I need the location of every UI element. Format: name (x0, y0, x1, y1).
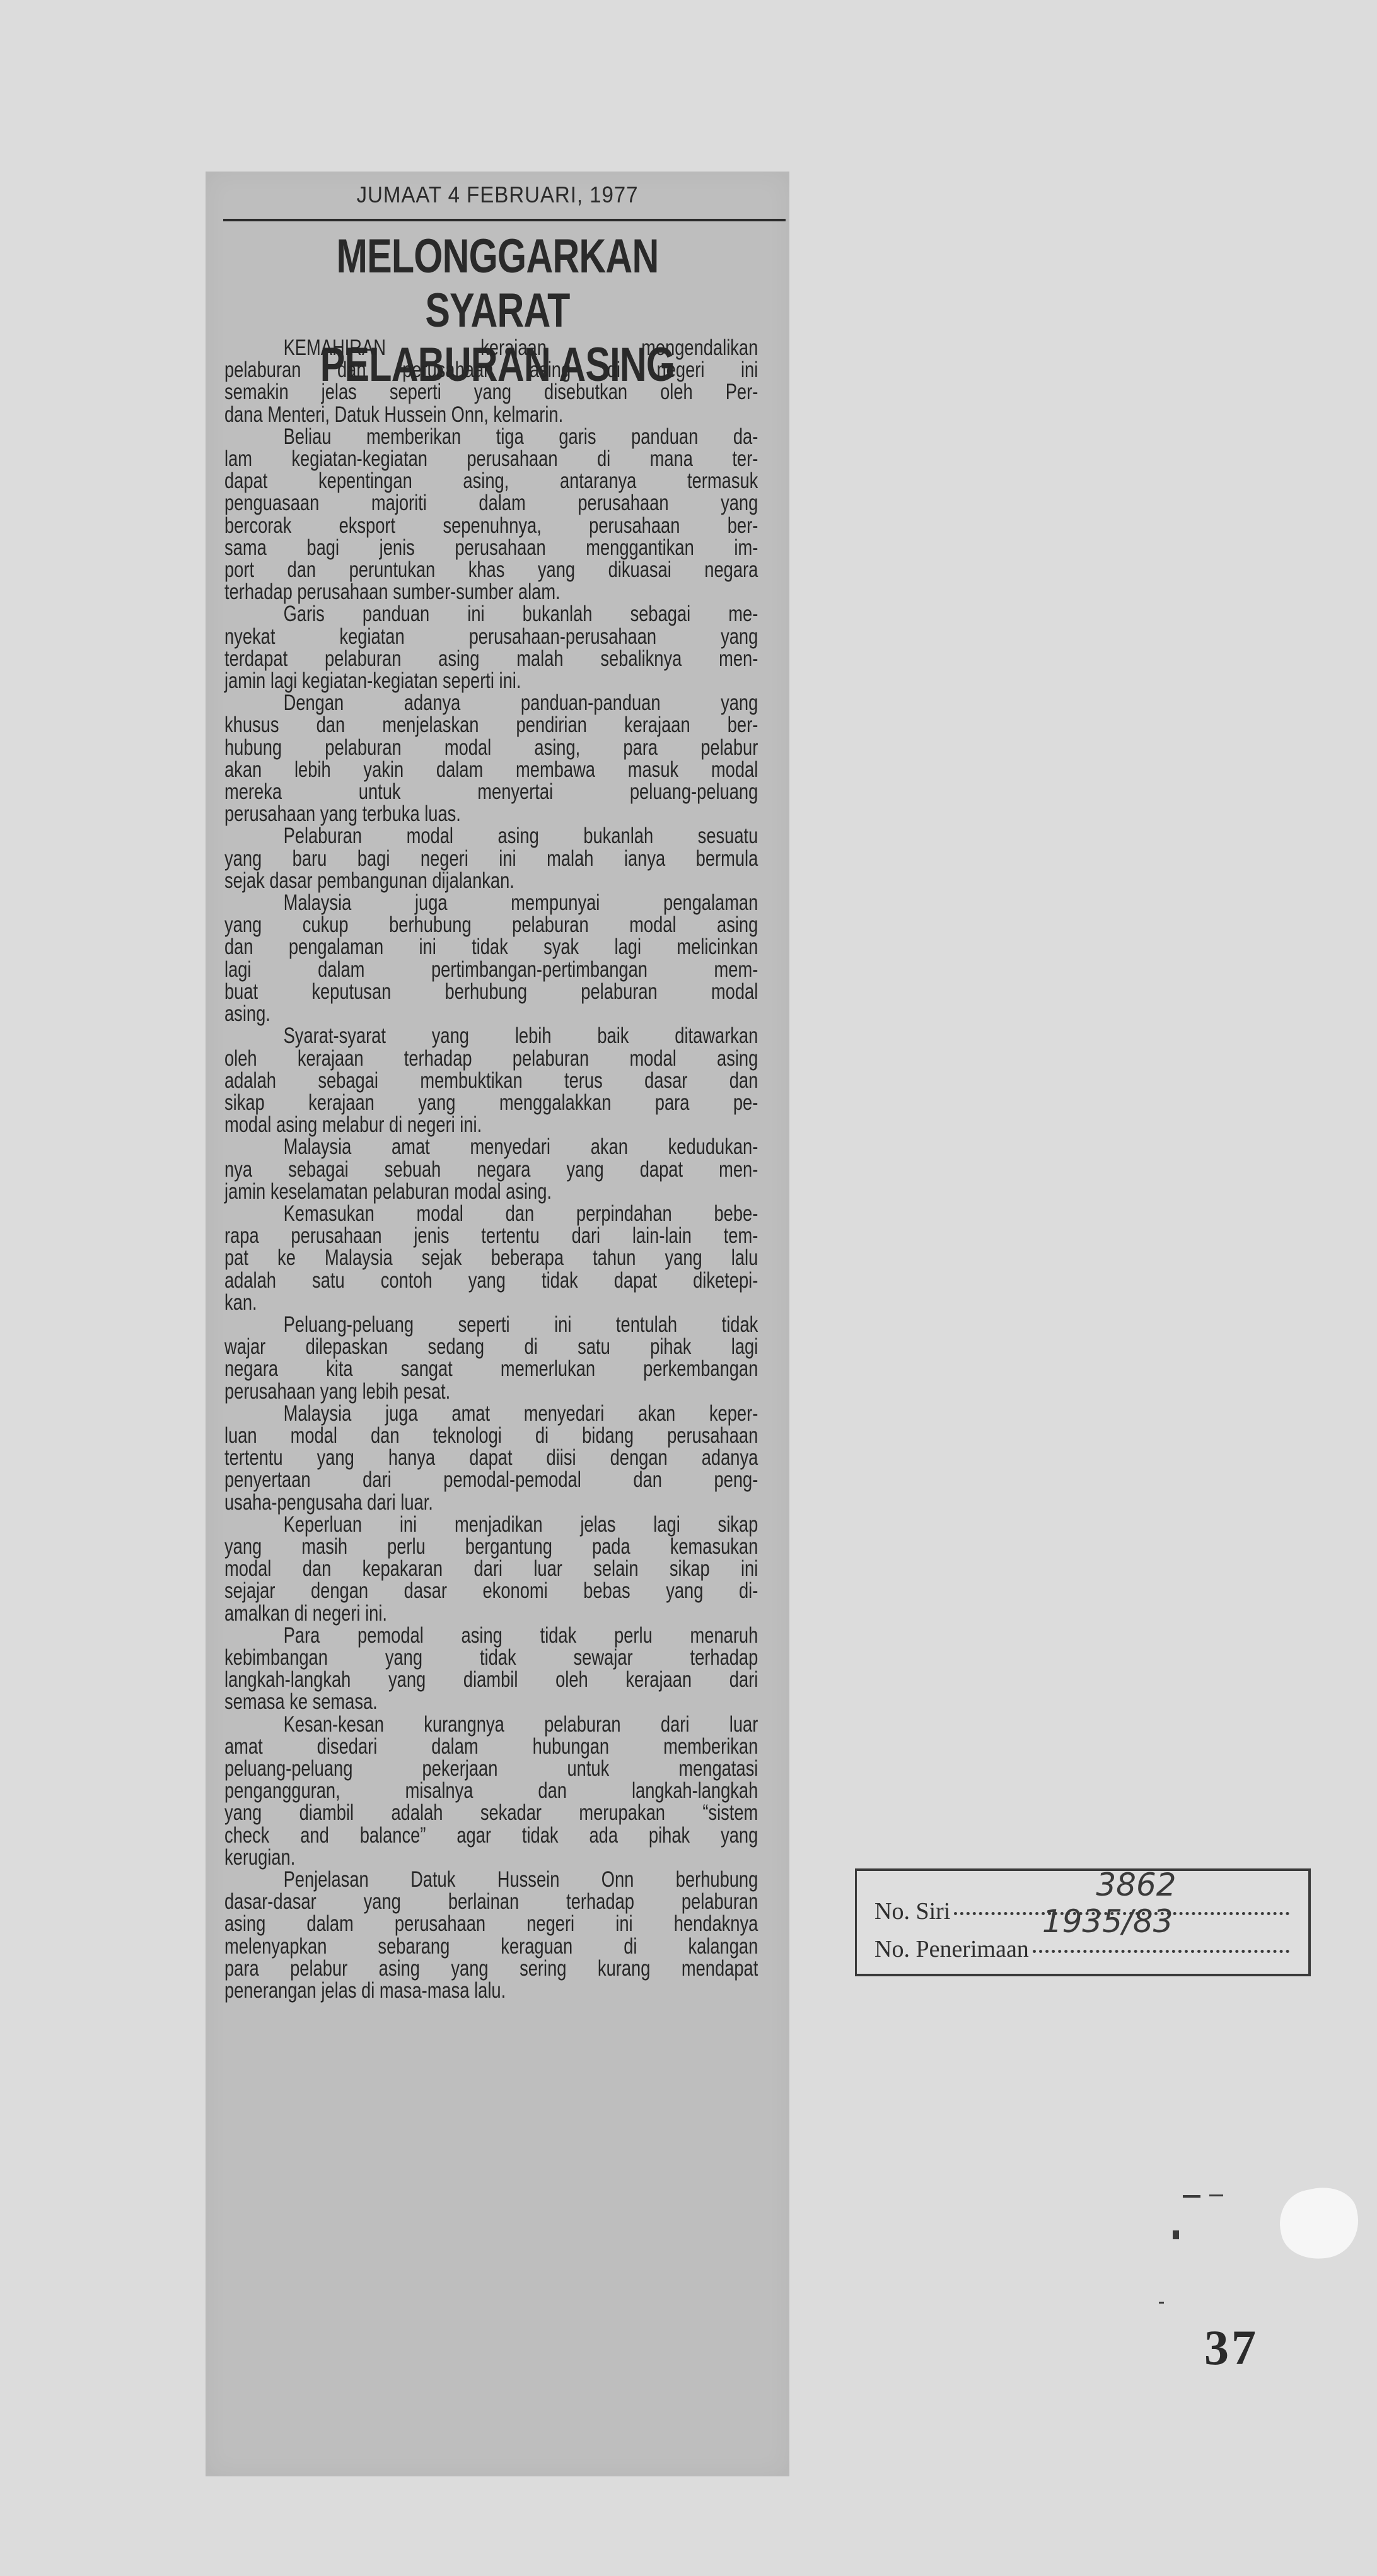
article-line: KEMAHIRAN kerajaan mengendalikan (224, 337, 758, 359)
article-line: para pelabur asing yang sering kurang me… (224, 1957, 758, 1979)
article-line: lagi dalam pertimbangan-pertimbangan mem… (224, 959, 758, 981)
article-paragraph: Dengan adanya panduan-panduan yangkhusus… (224, 692, 758, 825)
article-line: adalah sebagai membuktikan terus dasar d… (224, 1069, 758, 1092)
article-line: rapa perusahaan jenis tertentu dari lain… (224, 1225, 758, 1247)
article-line: asing dalam perusahaan negeri ini hendak… (224, 1913, 758, 1935)
article-line: dana Menteri, Datuk Hussein Onn, kelmari… (224, 404, 758, 426)
article-line: penguasaan majoriti dalam perusahaan yan… (224, 492, 758, 514)
article-line: nyekat kegiatan perusahaan-perusahaan ya… (224, 626, 758, 648)
receipt-number-value: 1935/83 (1042, 1903, 1173, 1940)
headline-line-1: MELONGGARKAN SYARAT (270, 230, 725, 338)
ink-dot (1159, 2302, 1164, 2304)
article-paragraph: Kemasukan modal dan perpindahan bebe-rap… (224, 1203, 758, 1314)
article-line: bercorak eksport sepenuhnya, perusahaan … (224, 515, 758, 537)
article-paragraph: Garis panduan ini bukanlah sebagai me-ny… (224, 603, 758, 692)
article-line: terhadap perusahaan sumber-sumber alam. (224, 581, 758, 603)
article-line: tertentu yang hanya dapat diisi dengan a… (224, 1447, 758, 1469)
article-line: adalah satu contoh yang tidak dapat dike… (224, 1269, 758, 1291)
article-line: asing. (224, 1003, 758, 1025)
article-line: buat keputusan berhubung pelaburan modal (224, 981, 758, 1003)
article-paragraph: Malaysia juga mempunyai pengalamanyang c… (224, 892, 758, 1025)
article-line: dan pengalaman ini tidak syak lagi melic… (224, 936, 758, 958)
article-line: Pelaburan modal asing bukanlah sesuatu (224, 825, 758, 847)
dash-mark (1209, 2194, 1223, 2196)
article-paragraph: Pelaburan modal asing bukanlah sesuatuya… (224, 825, 758, 892)
article-line: yang cukup berhubung pelaburan modal asi… (224, 914, 758, 936)
article-line: usaha-pengusaha dari luar. (224, 1491, 758, 1513)
article-line: penyertaan dari pemodal-pemodal dan peng… (224, 1469, 758, 1491)
article-paragraph: Malaysia juga amat menyedari akan keper-… (224, 1402, 758, 1513)
article-paragraph: Penjelasan Datuk Hussein Onn berhubungda… (224, 1868, 758, 2002)
ink-dot (1173, 2230, 1179, 2239)
article-line: yang baru bagi negeri ini malah ianya be… (224, 848, 758, 870)
article-line: jamin keselamatan pelaburan modal asing. (224, 1180, 758, 1203)
article-paragraph: Para pemodal asing tidak perlu menaruhke… (224, 1624, 758, 1713)
article-line: sikap kerajaan yang menggalakkan para pe… (224, 1092, 758, 1114)
article-line: sama bagi jenis perusahaan menggantikan … (224, 537, 758, 559)
article-paragraph: Syarat-syarat yang lebih baik ditawarkan… (224, 1025, 758, 1136)
article-line: jamin lagi kegiatan-kegiatan seperti ini… (224, 670, 758, 692)
article-line: Malaysia amat menyedari akan kedudukan- (224, 1136, 758, 1158)
article-line: Penjelasan Datuk Hussein Onn berhubung (224, 1868, 758, 1891)
article-line: pengangguran, misalnya dan langkah-langk… (224, 1780, 758, 1802)
article-line: melenyapkan sebarang keraguan di kalanga… (224, 1935, 758, 1957)
article-line: yang masih perlu bergantung pada kemasuk… (224, 1536, 758, 1558)
article-line: kan. (224, 1291, 758, 1314)
article-line: Para pemodal asing tidak perlu menaruh (224, 1624, 758, 1646)
article-line: nya sebagai sebuah negara yang dapat men… (224, 1158, 758, 1180)
article-line: luan modal dan teknologi di bidang perus… (224, 1425, 758, 1447)
article-line: wajar dilepaskan sedang di satu pihak la… (224, 1336, 758, 1358)
article-line: Garis panduan ini bukanlah sebagai me- (224, 603, 758, 625)
article-line: modal dan kepakaran dari luar selain sik… (224, 1558, 758, 1580)
article-line: sejajar dengan dasar ekonomi bebas yang … (224, 1580, 758, 1602)
article-line: langkah-langkah yang diambil oleh keraja… (224, 1669, 758, 1691)
article-line: Malaysia juga mempunyai pengalaman (224, 892, 758, 914)
page-number: 37 (1204, 2319, 1258, 2376)
serial-number-value: 3862 (1096, 1867, 1176, 1903)
article-line: oleh kerajaan terhadap pelaburan modal a… (224, 1047, 758, 1069)
article-line: dasar-dasar yang berlainan terhadap pela… (224, 1891, 758, 1913)
article-line: check and balance” agar tidak ada pihak … (224, 1824, 758, 1846)
receipt-number-label: No. Penerimaan (874, 1935, 1029, 1963)
article-line: negara kita sangat memerlukan perkembang… (224, 1358, 758, 1380)
article-line: Peluang-peluang seperti ini tentulah tid… (224, 1314, 758, 1336)
article-line: kerugian. (224, 1846, 758, 1868)
article-paragraph: Beliau memberikan tiga garis panduan da-… (224, 426, 758, 603)
article-line: yang diambil adalah sekadar merupakan “s… (224, 1802, 758, 1824)
article-line: penerangan jelas di masa-masa lalu. (224, 1979, 758, 2002)
article-line: Beliau memberikan tiga garis panduan da- (224, 426, 758, 448)
article-paragraph: Kesan-kesan kurangnya pelaburan dari lua… (224, 1713, 758, 1868)
article-line: amalkan di negeri ini. (224, 1602, 758, 1624)
article-line: Dengan adanya panduan-panduan yang (224, 692, 758, 714)
article-line: mereka untuk menyertai peluang-peluang (224, 781, 758, 803)
article-paragraph: Keperluan ini menjadikan jelas lagi sika… (224, 1513, 758, 1624)
article-line: khusus dan menjelaskan pendirian kerajaa… (224, 714, 758, 736)
article-line: Kesan-kesan kurangnya pelaburan dari lua… (224, 1713, 758, 1735)
paper-damage-spot (1274, 2181, 1366, 2266)
receipt-number-dotted-line: 1935/83 (1033, 1950, 1289, 1953)
article-line: Malaysia juga amat menyedari akan keper- (224, 1402, 758, 1425)
article-line: Syarat-syarat yang lebih baik ditawarkan (224, 1025, 758, 1047)
article-line: amat disedari dalam hubungan memberikan (224, 1735, 758, 1757)
article-line: perusahaan yang lebih pesat. (224, 1380, 758, 1402)
article-line: modal asing melabur di negeri ini. (224, 1114, 758, 1136)
article-line: peluang-peluang pekerjaan untuk mengatas… (224, 1757, 758, 1780)
article-paragraph: Malaysia amat menyedari akan kedudukan-n… (224, 1136, 758, 1203)
article-line: kebimbangan yang tidak sewajar terhadap (224, 1646, 758, 1669)
dash-mark (1183, 2195, 1200, 2198)
dateline: JUMAAT 4 FEBRUARI, 1977 (229, 182, 766, 208)
newspaper-clipping: JUMAAT 4 FEBRUARI, 1977 MELONGGARKAN SYA… (206, 172, 789, 2476)
article-line: lam kegiatan-kegiatan perusahaan di mana… (224, 448, 758, 470)
article-line: pelaburan dan perusahaan asing di negeri… (224, 359, 758, 381)
article-line: terdapat pelaburan asing malah sebalikny… (224, 648, 758, 670)
article-line: akan lebih yakin dalam membawa masuk mod… (224, 759, 758, 781)
article-paragraph: KEMAHIRAN kerajaan mengendalikanpelabura… (224, 337, 758, 426)
article-line: hubung pelaburan modal asing, para pelab… (224, 737, 758, 759)
article-body: KEMAHIRAN kerajaan mengendalikanpelabura… (224, 337, 758, 2002)
header-rule (223, 219, 786, 221)
article-line: pat ke Malaysia sejak beberapa tahun yan… (224, 1247, 758, 1269)
article-paragraph: Peluang-peluang seperti ini tentulah tid… (224, 1314, 758, 1402)
article-line: perusahaan yang terbuka luas. (224, 803, 758, 825)
article-line: sejak dasar pembangunan dijalankan. (224, 870, 758, 892)
article-line: Keperluan ini menjadikan jelas lagi sika… (224, 1513, 758, 1536)
article-line: port dan peruntukan khas yang dikuasai n… (224, 559, 758, 581)
archive-stamp: No. Siri 3862 No. Penerimaan 1935/83 (855, 1868, 1311, 1976)
serial-number-label: No. Siri (874, 1897, 950, 1925)
receipt-number-row: No. Penerimaan 1935/83 (874, 1935, 1289, 1963)
article-line: semasa ke semasa. (224, 1691, 758, 1713)
article-line: dapat kepentingan asing, antaranya terma… (224, 470, 758, 492)
article-line: Kemasukan modal dan perpindahan bebe- (224, 1203, 758, 1225)
article-line: semakin jelas seperti yang disebutkan ol… (224, 381, 758, 403)
